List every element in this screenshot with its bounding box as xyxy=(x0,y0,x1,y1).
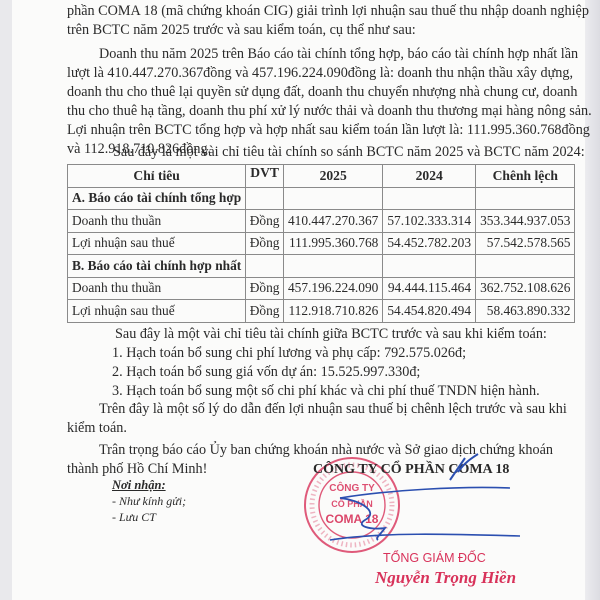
row-unit: Đồng xyxy=(246,232,284,255)
empty-cell xyxy=(246,187,284,210)
header-chi-tieu: Chỉ tiêu xyxy=(68,165,246,188)
row-label: Doanh thu thuần xyxy=(68,277,246,300)
empty-cell xyxy=(476,187,575,210)
table-intro: Sau đây là một vài chỉ tiêu tài chính so… xyxy=(113,143,585,162)
revenue-line-3: doanh thu cho thuê lại quyền sử dụng đất… xyxy=(67,83,544,102)
row-diff: 353.344.937.053 xyxy=(476,210,575,233)
section-row: B. Báo cáo tài chính hợp nhất xyxy=(68,255,575,278)
intro-line-1: phần COMA 18 (mã chứng khoán CIG) giải t… xyxy=(67,2,544,21)
revenue-line-1: Doanh thu năm 2025 trên Báo cáo tài chín… xyxy=(99,45,544,64)
intro-line-2: trên BCTC năm 2025 trước và sau kiểm toá… xyxy=(67,21,416,40)
row-2024: 57.102.333.314 xyxy=(383,210,476,233)
signer-name: Nguyễn Trọng Hiền xyxy=(375,568,516,588)
comparison-table: Chỉ tiêu DVT 2025 2024 Chênh lệch A. Báo… xyxy=(67,164,575,323)
empty-cell xyxy=(476,255,575,278)
table-header-row: Chỉ tiêu DVT 2025 2024 Chênh lệch xyxy=(68,165,575,188)
row-label: Lợi nhuận sau thuế xyxy=(68,232,246,255)
row-diff: 57.542.578.565 xyxy=(476,232,575,255)
revenue-line-2: lượt là 410.447.270.367đồng và 457.196.2… xyxy=(67,64,544,83)
revenue-line-4: thu cho thuê hạ tầng, doanh thu phí xử l… xyxy=(67,102,544,121)
row-unit: Đồng xyxy=(246,277,284,300)
row-unit: Đồng xyxy=(246,300,284,323)
table-row: Lợi nhuận sau thuế Đồng 112.918.710.826 … xyxy=(68,300,575,323)
header-chenh-lech: Chênh lệch xyxy=(476,165,575,188)
row-diff: 58.463.890.332 xyxy=(476,300,575,323)
reason-line-1: Trên đây là một số lý do dẫn đến lợi nhu… xyxy=(99,400,544,419)
revenue-line-5: Lợi nhuận trên BCTC tổng hợp và hợp nhất… xyxy=(67,121,544,140)
scrollbar-track[interactable] xyxy=(585,0,600,600)
recipients-title: Nơi nhận: xyxy=(112,477,186,493)
empty-cell xyxy=(383,187,476,210)
audit-intro: Sau đây là một vài chỉ tiêu tài chính gi… xyxy=(115,325,547,344)
recipient-item: - Như kính gửi; xyxy=(112,493,186,509)
header-2024: 2024 xyxy=(383,165,476,188)
row-2024: 54.452.782.203 xyxy=(383,232,476,255)
row-2025: 410.447.270.367 xyxy=(283,210,382,233)
table-row: Lợi nhuận sau thuế Đồng 111.995.360.768 … xyxy=(68,232,575,255)
recipients-block: Nơi nhận: - Như kính gửi; - Lưu CT xyxy=(112,477,186,525)
header-dvt: DVT xyxy=(246,165,284,188)
table-row: Doanh thu thuần Đồng 410.447.270.367 57.… xyxy=(68,210,575,233)
audit-item-2: 2. Hạch toán bổ sung giá vốn dự án: 15.5… xyxy=(112,363,420,382)
audit-item-1: 1. Hạch toán bổ sung chi phí lương và ph… xyxy=(112,344,466,363)
row-label: Doanh thu thuần xyxy=(68,210,246,233)
position-title: TỔNG GIÁM ĐỐC xyxy=(383,551,486,565)
empty-cell xyxy=(246,255,284,278)
row-diff: 362.752.108.626 xyxy=(476,277,575,300)
row-unit: Đồng xyxy=(246,210,284,233)
empty-cell xyxy=(383,255,476,278)
recipient-item: - Lưu CT xyxy=(112,509,186,525)
row-2025: 457.196.224.090 xyxy=(283,277,382,300)
row-2024: 94.444.115.464 xyxy=(383,277,476,300)
header-2025: 2025 xyxy=(283,165,382,188)
reason-line-2: kiểm toán. xyxy=(67,419,127,438)
empty-cell xyxy=(283,187,382,210)
empty-cell xyxy=(283,255,382,278)
signature-icon xyxy=(300,450,560,560)
row-2025: 111.995.360.768 xyxy=(283,232,382,255)
section-row: A. Báo cáo tài chính tổng hợp xyxy=(68,187,575,210)
section-a-label: A. Báo cáo tài chính tổng hợp xyxy=(68,187,246,210)
row-2025: 112.918.710.826 xyxy=(283,300,382,323)
section-b-label: B. Báo cáo tài chính hợp nhất xyxy=(68,255,246,278)
audit-item-3: 3. Hạch toán bổ sung một số chi phí khác… xyxy=(112,382,540,401)
row-2024: 54.454.820.494 xyxy=(383,300,476,323)
table-row: Doanh thu thuần Đồng 457.196.224.090 94.… xyxy=(68,277,575,300)
row-label: Lợi nhuận sau thuế xyxy=(68,300,246,323)
